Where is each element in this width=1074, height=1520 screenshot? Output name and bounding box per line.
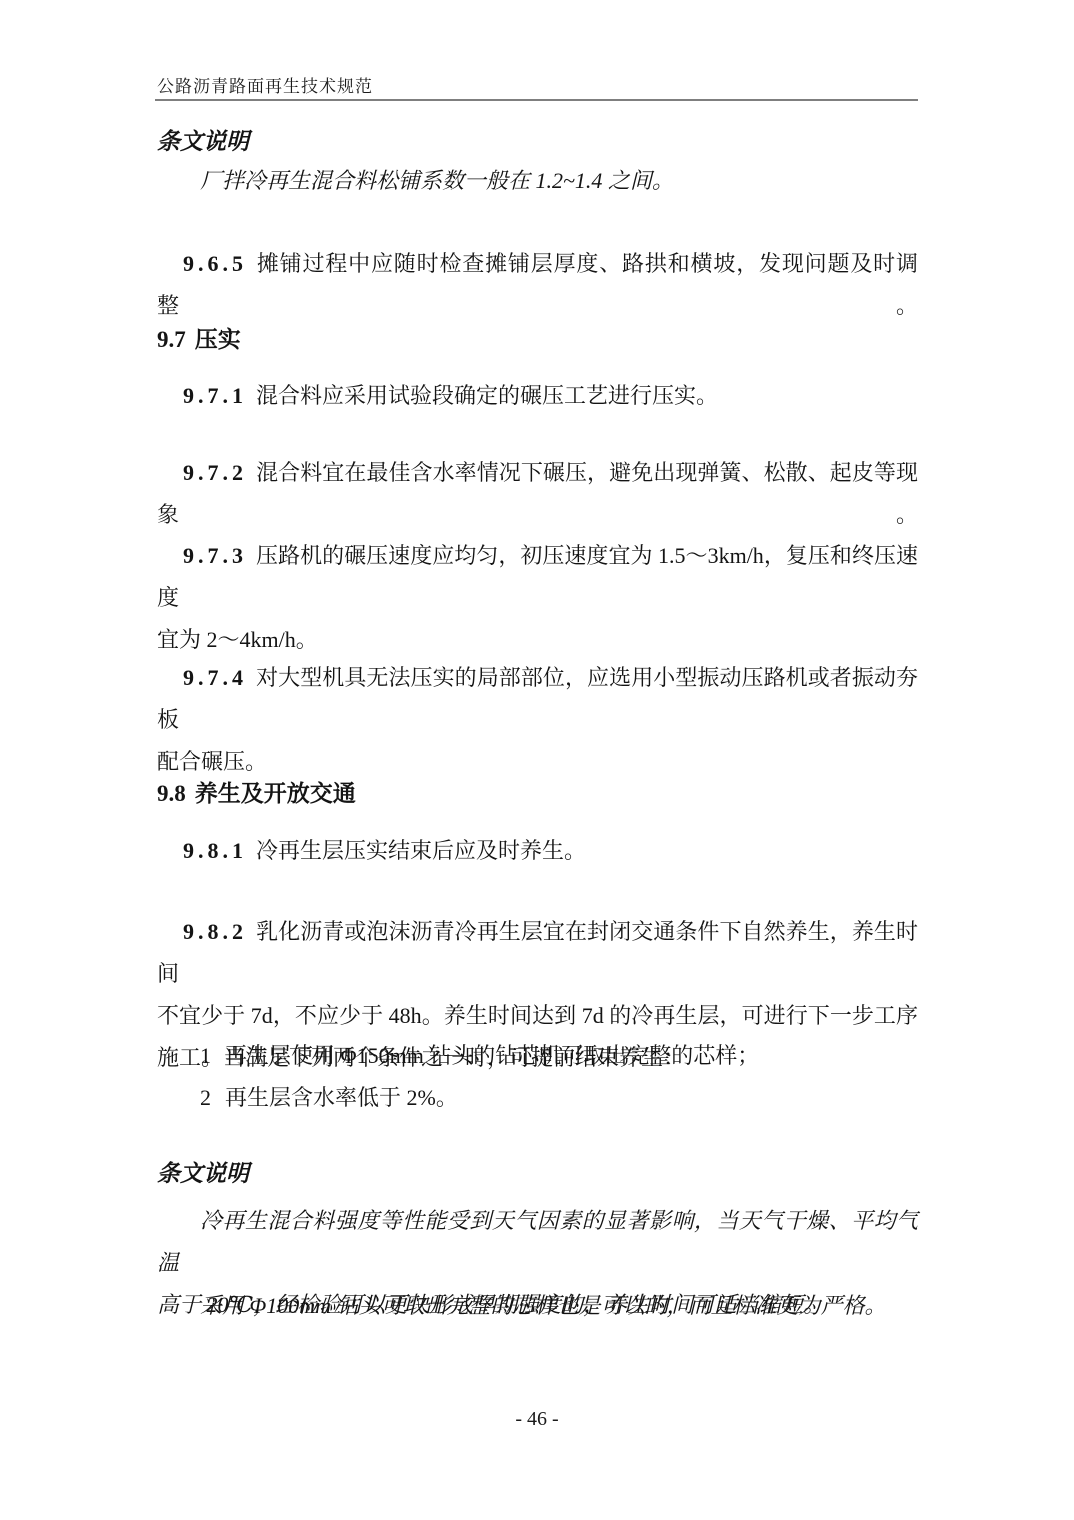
list-item-number: 2 xyxy=(200,1085,211,1110)
section-number: 9.8 xyxy=(157,781,186,806)
clause-number: 9.8.2 xyxy=(183,919,247,944)
clause-text: 混合料应采用试验段确定的碾压工艺进行压实。 xyxy=(256,383,718,408)
clause-text: 冷再生层压实结束后应及时养生。 xyxy=(256,838,586,863)
clause-text: 对大型机具无法压实的局部部位，应选用小型振动压路机或者振动夯板 xyxy=(157,665,918,732)
notes-heading-2: 条文说明 xyxy=(157,1153,918,1195)
clause-line: 9.6.5摊铺过程中应随时检查摊铺层厚度、路拱和横坡，发现问题及时调整。 xyxy=(157,243,918,327)
clause-text: 不宜少于 7d，不应少于 48h。养生时间达到 7d 的冷再生层，可进行下一步工… xyxy=(157,1003,918,1028)
clause-9-7-2: 9.7.2混合料宜在最佳含水率情况下碾压，避免出现弹簧、松散、起皮等现象。 xyxy=(157,452,918,536)
section-title: 养生及开放交通 xyxy=(195,780,356,806)
clause-number: 9.7.2 xyxy=(183,460,247,485)
section-title: 压实 xyxy=(195,326,241,352)
clause-text: 宜为 2～4km/h。 xyxy=(157,627,318,652)
list-item-text: 再生层含水率低于 2%。 xyxy=(225,1085,458,1110)
clause-text: 压路机的碾压速度应均匀，初压速度宜为 1.5～3km/h，复压和终压速度 xyxy=(157,543,918,610)
notes-heading-1: 条文说明 xyxy=(157,121,918,163)
running-header: 公路沥青路面再生技术规范 xyxy=(157,72,373,97)
clause-9-6-5: 9.6.5摊铺过程中应随时检查摊铺层厚度、路拱和横坡，发现问题及时调整。 xyxy=(157,243,918,327)
clause-line: 9.7.3压路机的碾压速度应均匀，初压速度宜为 1.5～3km/h，复压和终压速… xyxy=(157,535,918,619)
note-line: 采用 Φ100mm 钻头可取出完整的芯样也是可以的，而且标准更为严格。 xyxy=(157,1285,918,1327)
notes-heading-label: 条文说明 xyxy=(157,129,249,154)
clause-line: 9.8.2乳化沥青或泡沫沥青冷再生层宜在封闭交通条件下自然养生，养生时间 xyxy=(157,911,918,995)
clause-line: 不宜少于 7d，不应少于 48h。养生时间达到 7d 的冷再生层，可进行下一步工… xyxy=(157,995,918,1037)
clause-9-7-3: 9.7.3压路机的碾压速度应均匀，初压速度宜为 1.5～3km/h，复压和终压速… xyxy=(157,535,918,661)
clause-line: 宜为 2～4km/h。 xyxy=(157,619,918,661)
document-page: 公路沥青路面再生技术规范 条文说明 厂拌冷再生混合料松铺系数一般在 1.2~1.… xyxy=(0,0,1074,1520)
note-line: 冷再生混合料强度等性能受到天气因素的显著影响，当天气干燥、平均气温 xyxy=(157,1200,918,1284)
clause-number: 9.8.1 xyxy=(183,838,247,863)
note-paragraph-1: 厂拌冷再生混合料松铺系数一般在 1.2~1.4 之间。 xyxy=(157,160,918,202)
clause-line: 9.7.1混合料应采用试验段确定的碾压工艺进行压实。 xyxy=(157,375,918,417)
section-number: 9.7 xyxy=(157,327,186,352)
note-paragraph-3: 采用 Φ100mm 钻头可取出完整的芯样也是可以的，而且标准更为严格。 xyxy=(157,1285,918,1327)
clause-number: 9.7.4 xyxy=(183,665,247,690)
clause-9-8-1: 9.8.1冷再生层压实结束后应及时养生。 xyxy=(157,830,918,872)
clause-9-7-1: 9.7.1混合料应采用试验段确定的碾压工艺进行压实。 xyxy=(157,375,918,417)
clause-number: 9.7.3 xyxy=(183,543,247,568)
section-heading-9-7: 9.7压实 xyxy=(157,318,918,361)
list-item-text: 再生层使用 Φ150mm 钻头的钻芯机可取出完整的芯样； xyxy=(225,1043,759,1068)
list-item: 1再生层使用 Φ150mm 钻头的钻芯机可取出完整的芯样； xyxy=(157,1035,918,1077)
page-footer: - 46 - xyxy=(0,1408,1074,1431)
note-text: 采用 Φ100mm 钻头可取出完整的芯样也是可以的，而且标准更为严格。 xyxy=(200,1293,887,1318)
clause-9-7-4: 9.7.4对大型机具无法压实的局部部位，应选用小型振动压路机或者振动夯板 配合碾… xyxy=(157,657,918,783)
clause-text: 乳化沥青或泡沫沥青冷再生层宜在封闭交通条件下自然养生，养生时间 xyxy=(157,919,918,986)
clause-line: 9.8.1冷再生层压实结束后应及时养生。 xyxy=(157,830,918,872)
note-text: 厂拌冷再生混合料松铺系数一般在 1.2~1.4 之间。 xyxy=(200,168,674,193)
note-line: 厂拌冷再生混合料松铺系数一般在 1.2~1.4 之间。 xyxy=(157,160,918,202)
list-item: 2再生层含水率低于 2%。 xyxy=(157,1077,918,1119)
document-title: 公路沥青路面再生技术规范 xyxy=(157,77,373,96)
section-heading-9-8: 9.8养生及开放交通 xyxy=(157,772,918,815)
clause-line: 9.7.4对大型机具无法压实的局部部位，应选用小型振动压路机或者振动夯板 xyxy=(157,657,918,741)
note-text: 冷再生混合料强度等性能受到天气因素的显著影响，当天气干燥、平均气温 xyxy=(157,1208,918,1275)
clause-number: 9.7.1 xyxy=(183,383,247,408)
clause-text: 配合碾压。 xyxy=(157,749,267,774)
header-rule xyxy=(155,99,918,101)
list-item-number: 1 xyxy=(200,1043,211,1068)
clause-number: 9.6.5 xyxy=(183,251,247,276)
conditions-list: 1再生层使用 Φ150mm 钻头的钻芯机可取出完整的芯样； 2再生层含水率低于 … xyxy=(157,1035,918,1119)
page-number: - 46 - xyxy=(515,1408,558,1430)
clause-text: 摊铺过程中应随时检查摊铺层厚度、路拱和横坡，发现问题及时调整。 xyxy=(157,251,918,318)
notes-heading-label: 条文说明 xyxy=(157,1161,249,1186)
clause-line: 9.7.2混合料宜在最佳含水率情况下碾压，避免出现弹簧、松散、起皮等现象。 xyxy=(157,452,918,536)
clause-text: 混合料宜在最佳含水率情况下碾压，避免出现弹簧、松散、起皮等现象。 xyxy=(157,460,918,527)
